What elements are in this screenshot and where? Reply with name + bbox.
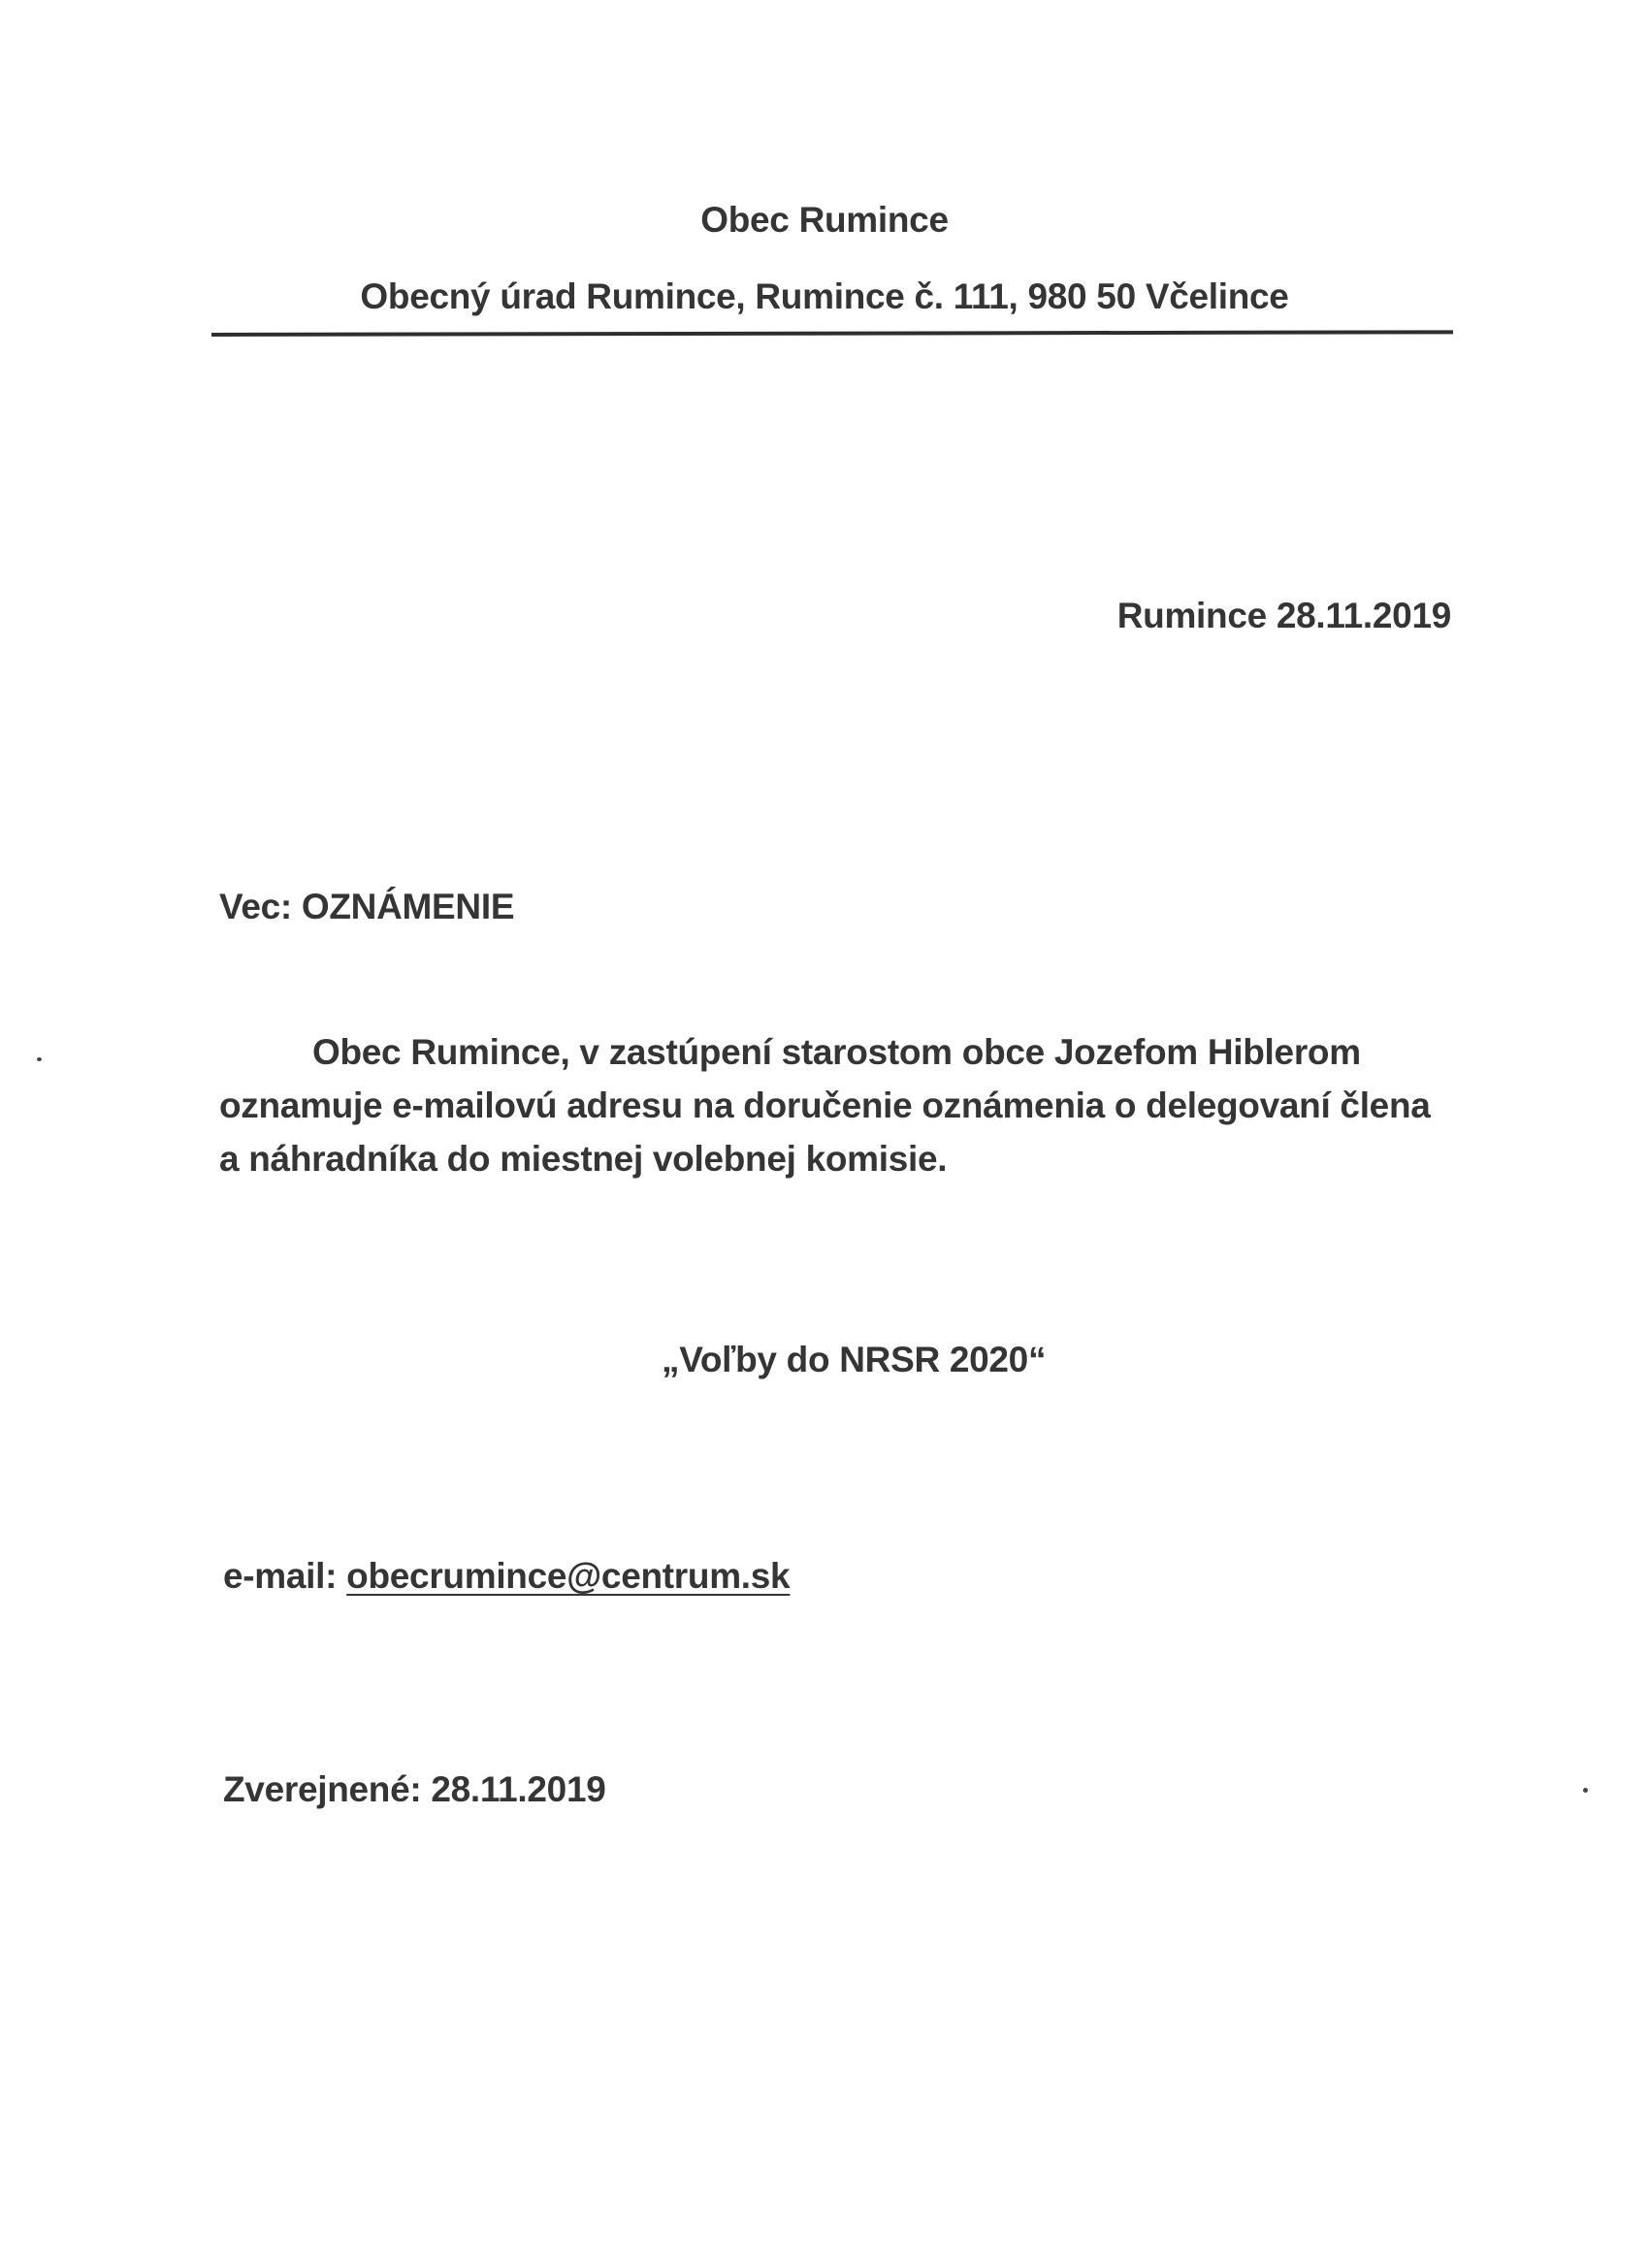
email-label: e-mail:	[223, 1556, 337, 1596]
letterhead-title: Obec Rumince	[0, 202, 1649, 238]
header-divider	[211, 330, 1453, 337]
published-date: Zverejnené: 28.11.2019	[223, 1771, 606, 1807]
scan-speck	[1583, 1788, 1588, 1793]
email-link[interactable]: obecrumince@centrum.sk	[346, 1556, 790, 1596]
letterhead-address: Obecný úrad Rumince, Rumince č. 111, 980…	[0, 278, 1649, 314]
election-title: „Voľby do NRSR 2020“	[662, 1342, 1046, 1377]
body-line: oznamuje e-mailovú adresu na doručenie o…	[219, 1079, 1412, 1132]
date-place: Rumince 28.11.2019	[1117, 598, 1451, 633]
scan-speck	[37, 1057, 42, 1061]
body-line: Obec Rumince, v zastúpení starostom obce…	[219, 1025, 1412, 1079]
email-row: e-mail: obecrumince@centrum.sk	[223, 1558, 790, 1594]
body-paragraph: Obec Rumince, v zastúpení starostom obce…	[219, 1025, 1412, 1185]
subject-line: Vec: OZNÁMENIE	[219, 889, 514, 924]
body-line: a náhradníka do miestnej volebnej komisi…	[219, 1132, 1412, 1185]
document-page: Obec Rumince Obecný úrad Rumince, Ruminc…	[0, 0, 1649, 2268]
